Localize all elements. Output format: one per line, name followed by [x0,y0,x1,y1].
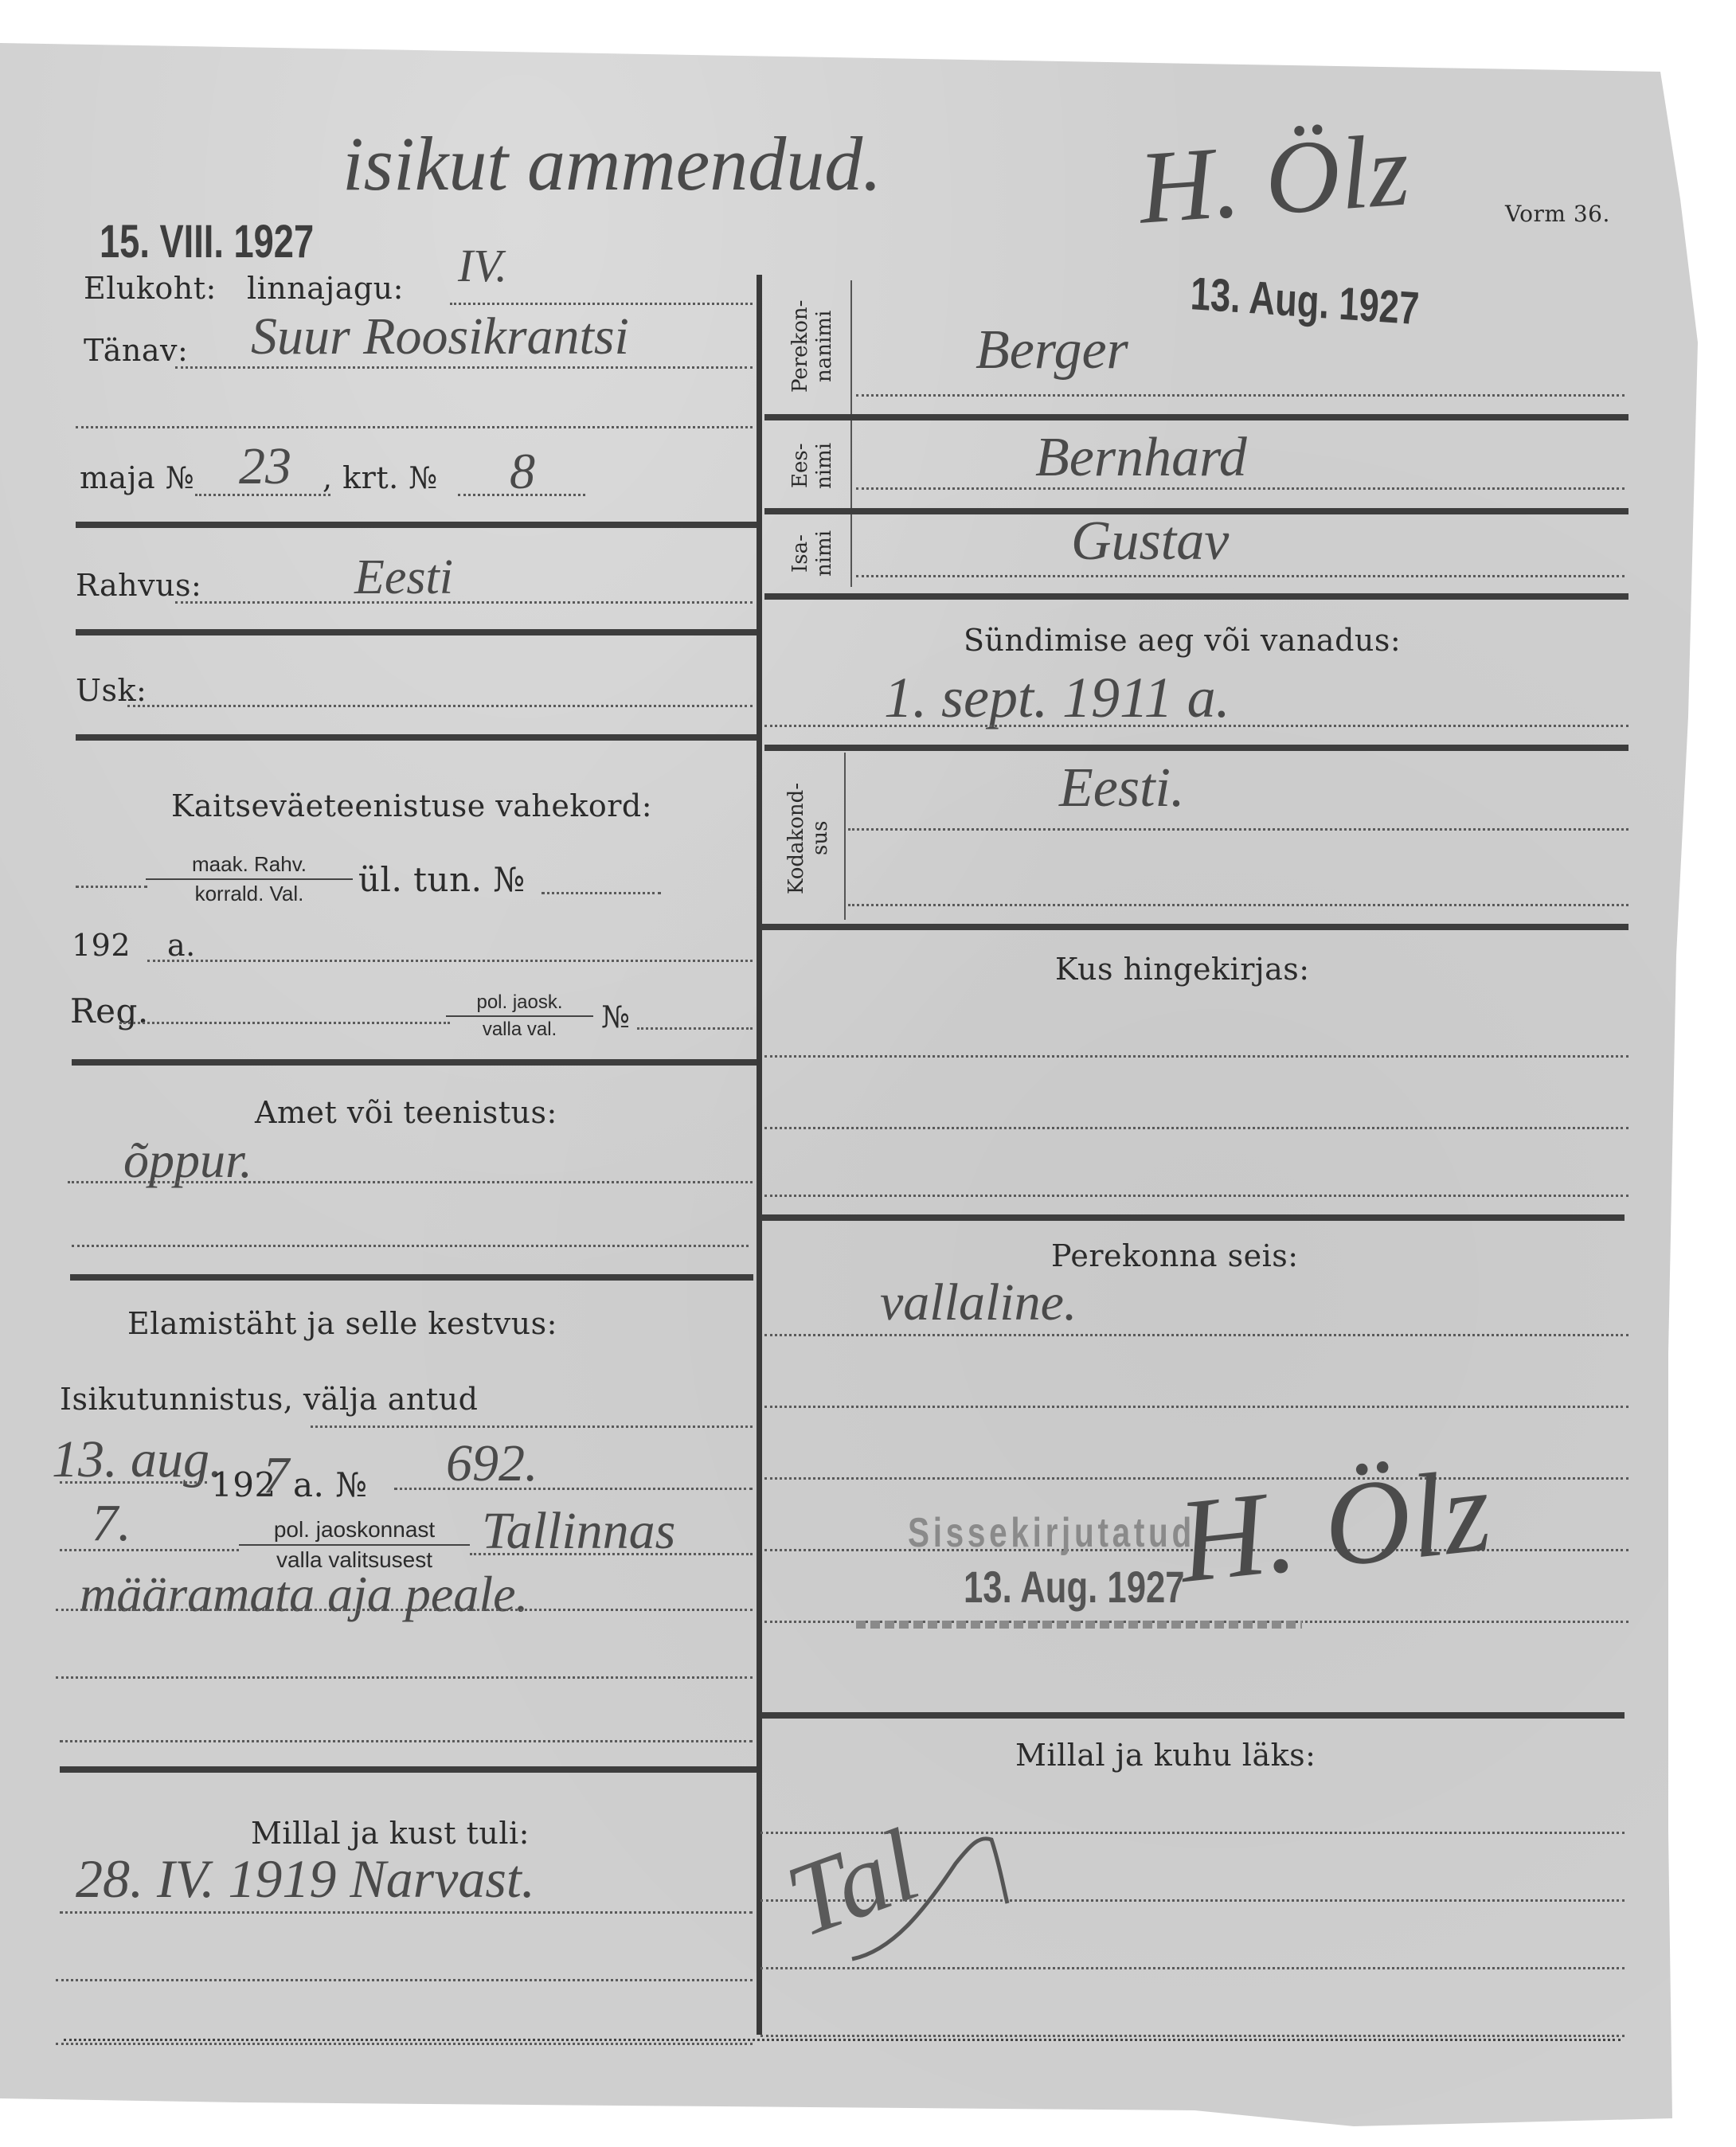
isikutunnistus-label: Isikutunnistus, välja antud [60,1382,478,1417]
divider [72,1059,757,1066]
divider [760,1712,1625,1719]
usk-line [127,705,753,707]
elamistaht-line-4 [60,1740,753,1742]
amet-line [68,1181,753,1183]
perekonna-seis-heading: Perekonna seis: [1051,1238,1299,1273]
reg-label: Reg. [70,991,149,1030]
isanimi-value[interactable]: Gustav [1071,510,1229,573]
perekonnanimi-line [856,394,1625,397]
tanav-line [175,366,753,369]
issuer-frac-top: pol. jaoskonnast [239,1517,470,1546]
divider [764,414,1628,420]
millal-kust-tuli-value[interactable]: 28. IV. 1919 Narvast. [76,1848,535,1910]
kaitse-line-right [542,892,661,894]
year-line [147,960,753,962]
maja-value[interactable]: 23 [239,436,291,497]
kus-hingekirjas-heading: Kus hingekirjas: [1055,952,1310,987]
maja-line [195,494,330,496]
duration-value[interactable]: määramata aja peale. [80,1565,529,1624]
divider [70,1274,753,1281]
rahvus-line [175,601,753,604]
reg-number-line [637,1027,753,1030]
perekonna-seis-value[interactable]: vallaline. [880,1273,1077,1333]
millal-kuhu-laks-heading: Millal ja kuhu läks: [1015,1738,1316,1773]
krt-label: , krt. № [323,460,438,495]
divider [760,924,1628,930]
kodakondsus-label: Kodakond- sus [784,761,840,916]
tanav-line-2 [76,426,753,428]
kodakondsus-label-divider [844,753,846,920]
eesnimi-line [856,487,1625,490]
perekonnanimi-value[interactable]: Berger [976,319,1128,382]
column-divider [757,275,762,2035]
form-number: Vorm 36. [1505,201,1610,227]
tanav-label: Tänav: [84,333,188,368]
issue-number-line [394,1488,753,1490]
year-suffix: a. [167,928,196,963]
linnajagu-value[interactable]: IV. [458,239,507,292]
reg-fraction: pol. jaosk. valla val. [446,991,593,1041]
kaitse-line-left [76,886,147,888]
divider [60,1766,757,1773]
eesnimi-value[interactable]: Bernhard [1035,426,1247,490]
usk-label: Usk: [76,673,147,708]
issue-year-suffix: a. № [293,1465,368,1504]
tanav-value[interactable]: Suur Roosikrantsi [251,307,629,367]
reg-number-label: № [601,999,630,1034]
divider [76,522,757,528]
frac-top: maak. Rahv. [146,852,353,880]
perekonna-seis-line [764,1334,1628,1336]
divider [764,593,1628,600]
signature-bottom-stroke [844,1816,1019,1975]
divider [76,734,757,741]
duration-line [56,1609,753,1611]
amet-line-2 [72,1245,749,1247]
stamp-underline [856,1621,1302,1629]
divider [764,745,1628,751]
hingekirjas-line-2 [764,1127,1628,1129]
kaitsevaeteenistus-heading: Kaitseväeteenistuse vahekord: [171,788,652,823]
divider [760,1214,1625,1221]
reg-frac-top: pol. jaosk. [446,991,593,1017]
issuer-line-left [60,1549,239,1551]
hingekirjas-line-3 [764,1195,1628,1197]
kodakondsus-value[interactable]: Eesti. [1059,757,1184,820]
header-handwritten-note: isikut ammendud. [342,119,882,208]
elamistaht-line-3 [56,1676,753,1679]
kaitse-frac-suffix: ül. tun. № [358,860,526,899]
kust-tuli-line [60,1911,753,1914]
linnajagu-label: linnajagu: [247,271,404,306]
frac-bottom: korrald. Val. [146,880,353,906]
rahvus-value[interactable]: Eesti [354,549,453,606]
sundimise-line [764,725,1628,727]
isanimi-label: Isa- nimi [788,518,844,589]
rahvus-label: Rahvus: [76,568,201,603]
signature-top: H. Ölz [1135,110,1413,248]
issue-number-value[interactable]: 692. [446,1433,538,1494]
isanimi-line [856,575,1625,577]
sundimise-aeg-value[interactable]: 1. sept. 1911 a. [884,665,1230,731]
elamistaht-heading: Elamistäht ja selle kestvus: [127,1306,557,1341]
krt-value[interactable]: 8 [510,442,535,501]
krt-line [458,494,585,496]
sissekirjutatud-stamp-title: Sissekirjutatud [908,1509,1195,1557]
kodakondsus-line-2 [848,904,1628,906]
issue-date-line [60,1481,207,1484]
isikutunnistus-line [311,1425,753,1428]
reg-line [119,1022,450,1024]
bottom-line [64,2039,1621,2041]
kaitse-fraction: maak. Rahv. korrald. Val. [146,852,353,906]
year-label: 192 [72,928,131,963]
kust-tuli-line-3 [56,2043,753,2045]
amet-heading: Amet või teenistus: [255,1095,557,1130]
sundimise-aeg-heading: Sündimise aeg või vanadus: [964,623,1401,658]
issue-district-value[interactable]: 7. [92,1493,131,1554]
divider [76,629,757,635]
perekonnanimi-label: Perekon- nanimi [788,283,844,410]
issuer-line-right [470,1553,753,1555]
linnajagu-line [450,303,753,305]
date-stamp-top-left: 15. VIII. 1927 [100,215,314,268]
issue-year-digit[interactable]: 7 [263,1445,289,1506]
kuhu-laks-line-4 [760,2035,1625,2037]
millal-kust-tuli-heading: Millal ja kust tuli: [251,1816,530,1851]
label-column-divider [850,280,852,587]
kust-tuli-line-2 [56,1979,753,1981]
eesnimi-label: Ees- nimi [788,424,844,507]
kodakondsus-line [848,828,1628,831]
perekonna-seis-line-2 [764,1406,1628,1408]
reg-frac-bottom: valla val. [446,1017,593,1041]
hingekirjas-line [764,1055,1628,1058]
maja-label: maja № [80,460,194,495]
elukoht-label: Elukoht: [84,271,217,306]
sissekirjutatud-stamp-date: 13. Aug. 1927 [964,1561,1185,1613]
